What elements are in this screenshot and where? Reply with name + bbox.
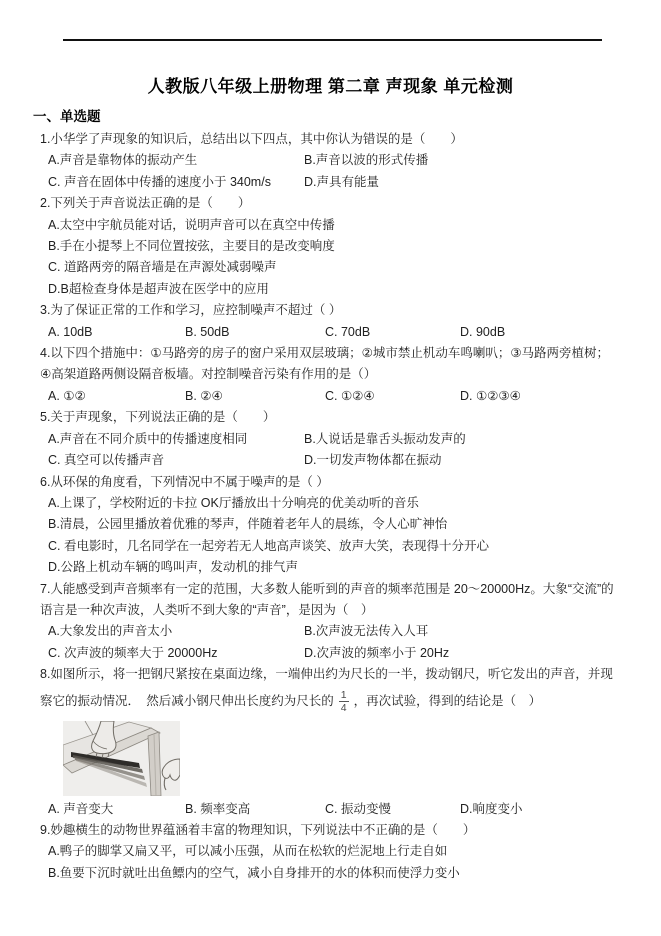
option-d: D.声具有能量 bbox=[304, 172, 379, 193]
option-c: C. 次声波的频率大于 20000Hz bbox=[48, 643, 304, 664]
option-d: D. ①②③④ bbox=[460, 386, 521, 407]
options-row: C. 真空可以传播声音 D.一切发声物体都在振动 bbox=[40, 450, 630, 471]
question-stem-line-2: 语言是一种次声波，人类听不到大象的“声音”，是因为（ ） bbox=[40, 600, 630, 621]
option-a: A.声音在不同介质中的传播速度相同 bbox=[48, 429, 304, 450]
option-c: C. 看电影时，几名同学在一起旁若无人地高声谈笑、放声大笑，表现得十分开心 bbox=[40, 536, 630, 557]
option-b: B.人说话是靠舌头振动发声的 bbox=[304, 429, 466, 450]
question-stem: 3.为了保证正常的工作和学习，应控制噪声不超过（ ） bbox=[40, 300, 630, 321]
option-c: C. 真空可以传播声音 bbox=[48, 450, 304, 471]
option-a: A.声音是靠物体的振动产生 bbox=[48, 150, 304, 171]
question-stem: 6.从环保的角度看，下列情况中不属于噪声的是（ ） bbox=[40, 472, 630, 493]
document-page: 人教版八年级上册物理 第二章 声现象 单元检测 一、单选题 1.小华学了声现象的… bbox=[0, 0, 661, 936]
question-stem: 1.小华学了声现象的知识后，总结出以下四点，其中你认为错误的是（ ） bbox=[40, 129, 630, 150]
option-c: C. 道路两旁的隔音墙是在声源处减弱噪声 bbox=[40, 257, 630, 278]
options-row: C. 次声波的频率大于 20000Hz D.次声波的频率小于 20Hz bbox=[40, 643, 630, 664]
question-4: 4.以下四个措施中：①马路旁的房子的窗户采用双层玻璃；②城市禁止机动车鸣喇叭；③… bbox=[40, 343, 630, 407]
option-b: B.手在小提琴上不同位置按弦，主要目的是改变响度 bbox=[40, 236, 630, 257]
options-row: A. 声音变大 B. 频率变高 C. 振动变慢 D.响度变小 bbox=[40, 799, 630, 820]
option-b: B. 50dB bbox=[185, 322, 325, 343]
option-a: A. 10dB bbox=[48, 322, 185, 343]
option-c: C. 70dB bbox=[325, 322, 460, 343]
question-1: 1.小华学了声现象的知识后，总结出以下四点，其中你认为错误的是（ ） A.声音是… bbox=[40, 129, 630, 193]
options-row: A.声音在不同介质中的传播速度相同 B.人说话是靠舌头振动发声的 bbox=[40, 429, 630, 450]
question-7: 7.人能感受到声音频率有一定的范围，大多数人能听到的声音的频率范围是 20～20… bbox=[40, 579, 630, 665]
section-heading: 一、单选题 bbox=[33, 105, 101, 125]
option-b: B. 频率变高 bbox=[185, 799, 325, 820]
question-stem-line-2: ④高架道路两侧设隔音板墙。对控制噪音污染有作用的是（） bbox=[40, 364, 630, 385]
question-6: 6.从环保的角度看，下列情况中不属于噪声的是（ ） A.上课了，学校附近的卡拉 … bbox=[40, 472, 630, 579]
option-a: A.大象发出的声音太小 bbox=[48, 621, 304, 642]
question-8: 8.如图所示，将一把钢尺紧按在桌面边缘，一端伸出约为尺长的一半，拨动钢尺，听它发… bbox=[40, 664, 630, 820]
question-stem-line-2: 察它的振动情况． 然后减小钢尺伸出长度约为尺长的 1 4 ，再次试验，得到的结论… bbox=[40, 686, 630, 718]
option-a: A. 声音变大 bbox=[48, 799, 185, 820]
option-d: D.次声波的频率小于 20Hz bbox=[304, 643, 449, 664]
option-a: A.鸭子的脚掌又扁又平，可以减小压强，从而在松软的烂泥地上行走自如 bbox=[40, 841, 630, 862]
questions-list: 1.小华学了声现象的知识后，总结出以下四点，其中你认为错误的是（ ） A.声音是… bbox=[40, 129, 630, 884]
question-9: 9.妙趣横生的动物世界蕴涵着丰富的物理知识，下列说法中不正确的是（ ） A.鸭子… bbox=[40, 820, 630, 884]
option-d: D. 90dB bbox=[460, 322, 505, 343]
option-a: A. ①② bbox=[48, 386, 185, 407]
option-b: B.次声波无法传入人耳 bbox=[304, 621, 428, 642]
options-row: A. 10dB B. 50dB C. 70dB D. 90dB bbox=[40, 322, 630, 343]
question-stem: 5.关于声现象，下列说法正确的是（ ） bbox=[40, 407, 630, 428]
option-c: C. 声音在固体中传播的速度小于 340m/s bbox=[48, 172, 304, 193]
question-3: 3.为了保证正常的工作和学习，应控制噪声不超过（ ） A. 10dB B. 50… bbox=[40, 300, 630, 343]
option-c: C. 振动变慢 bbox=[325, 799, 460, 820]
option-b: B.清晨，公园里播放着优雅的琴声，伴随着老年人的晨练，令人心旷神怡 bbox=[40, 514, 630, 535]
options-row: A. ①② B. ②④ C. ①②④ D. ①②③④ bbox=[40, 386, 630, 407]
question-stem-line-1: 4.以下四个措施中：①马路旁的房子的窗户采用双层玻璃；②城市禁止机动车鸣喇叭；③… bbox=[40, 343, 630, 364]
question-stem: 2.下列关于声音说法正确的是（ ） bbox=[40, 193, 630, 214]
options-row: A.大象发出的声音太小 B.次声波无法传入人耳 bbox=[40, 621, 630, 642]
option-b: B.鱼要下沉时就吐出鱼鳔内的空气，减小自身排开的水的体积而使浮力变小 bbox=[40, 863, 630, 884]
doc-title: 人教版八年级上册物理 第二章 声现象 单元检测 bbox=[0, 72, 661, 97]
option-b: B.声音以波的形式传播 bbox=[304, 150, 428, 171]
question-stem: 9.妙趣横生的动物世界蕴涵着丰富的物理知识，下列说法中不正确的是（ ） bbox=[40, 820, 630, 841]
question-5: 5.关于声现象，下列说法正确的是（ ） A.声音在不同介质中的传播速度相同 B.… bbox=[40, 407, 630, 471]
header-rule bbox=[63, 39, 602, 41]
option-a: A.上课了，学校附近的卡拉 OK厅播放出十分响亮的优美动听的音乐 bbox=[40, 493, 630, 514]
question-stem-line-1: 7.人能感受到声音频率有一定的范围，大多数人能听到的声音的频率范围是 20～20… bbox=[40, 579, 630, 600]
fraction-one-quarter: 1 4 bbox=[339, 689, 349, 714]
option-d: D.响度变小 bbox=[460, 799, 523, 820]
option-a: A.太空中宇航员能对话，说明声音可以在真空中传播 bbox=[40, 215, 630, 236]
fraction-denominator: 4 bbox=[339, 701, 349, 714]
option-c: C. ①②④ bbox=[325, 386, 460, 407]
stem-text-before-fraction: 察它的振动情况． 然后减小钢尺伸出长度约为尺长的 bbox=[40, 691, 334, 712]
option-d: D.公路上机动车辆的鸣叫声，发动机的排气声 bbox=[40, 557, 630, 578]
options-row: C. 声音在固体中传播的速度小于 340m/s D.声具有能量 bbox=[40, 172, 630, 193]
ruler-pluck-figure bbox=[63, 721, 180, 796]
fraction-numerator: 1 bbox=[341, 689, 347, 701]
option-d: D.B超检查身体是超声波在医学中的应用 bbox=[40, 279, 630, 300]
option-d: D.一切发声物体都在振动 bbox=[304, 450, 442, 471]
stem-text-after-fraction: ，再次试验，得到的结论是（ ） bbox=[354, 691, 542, 712]
options-row: A.声音是靠物体的振动产生 B.声音以波的形式传播 bbox=[40, 150, 630, 171]
option-b: B. ②④ bbox=[185, 386, 325, 407]
question-2: 2.下列关于声音说法正确的是（ ） A.太空中宇航员能对话，说明声音可以在真空中… bbox=[40, 193, 630, 300]
question-stem-line-1: 8.如图所示，将一把钢尺紧按在桌面边缘，一端伸出约为尺长的一半，拨动钢尺，听它发… bbox=[40, 664, 630, 685]
